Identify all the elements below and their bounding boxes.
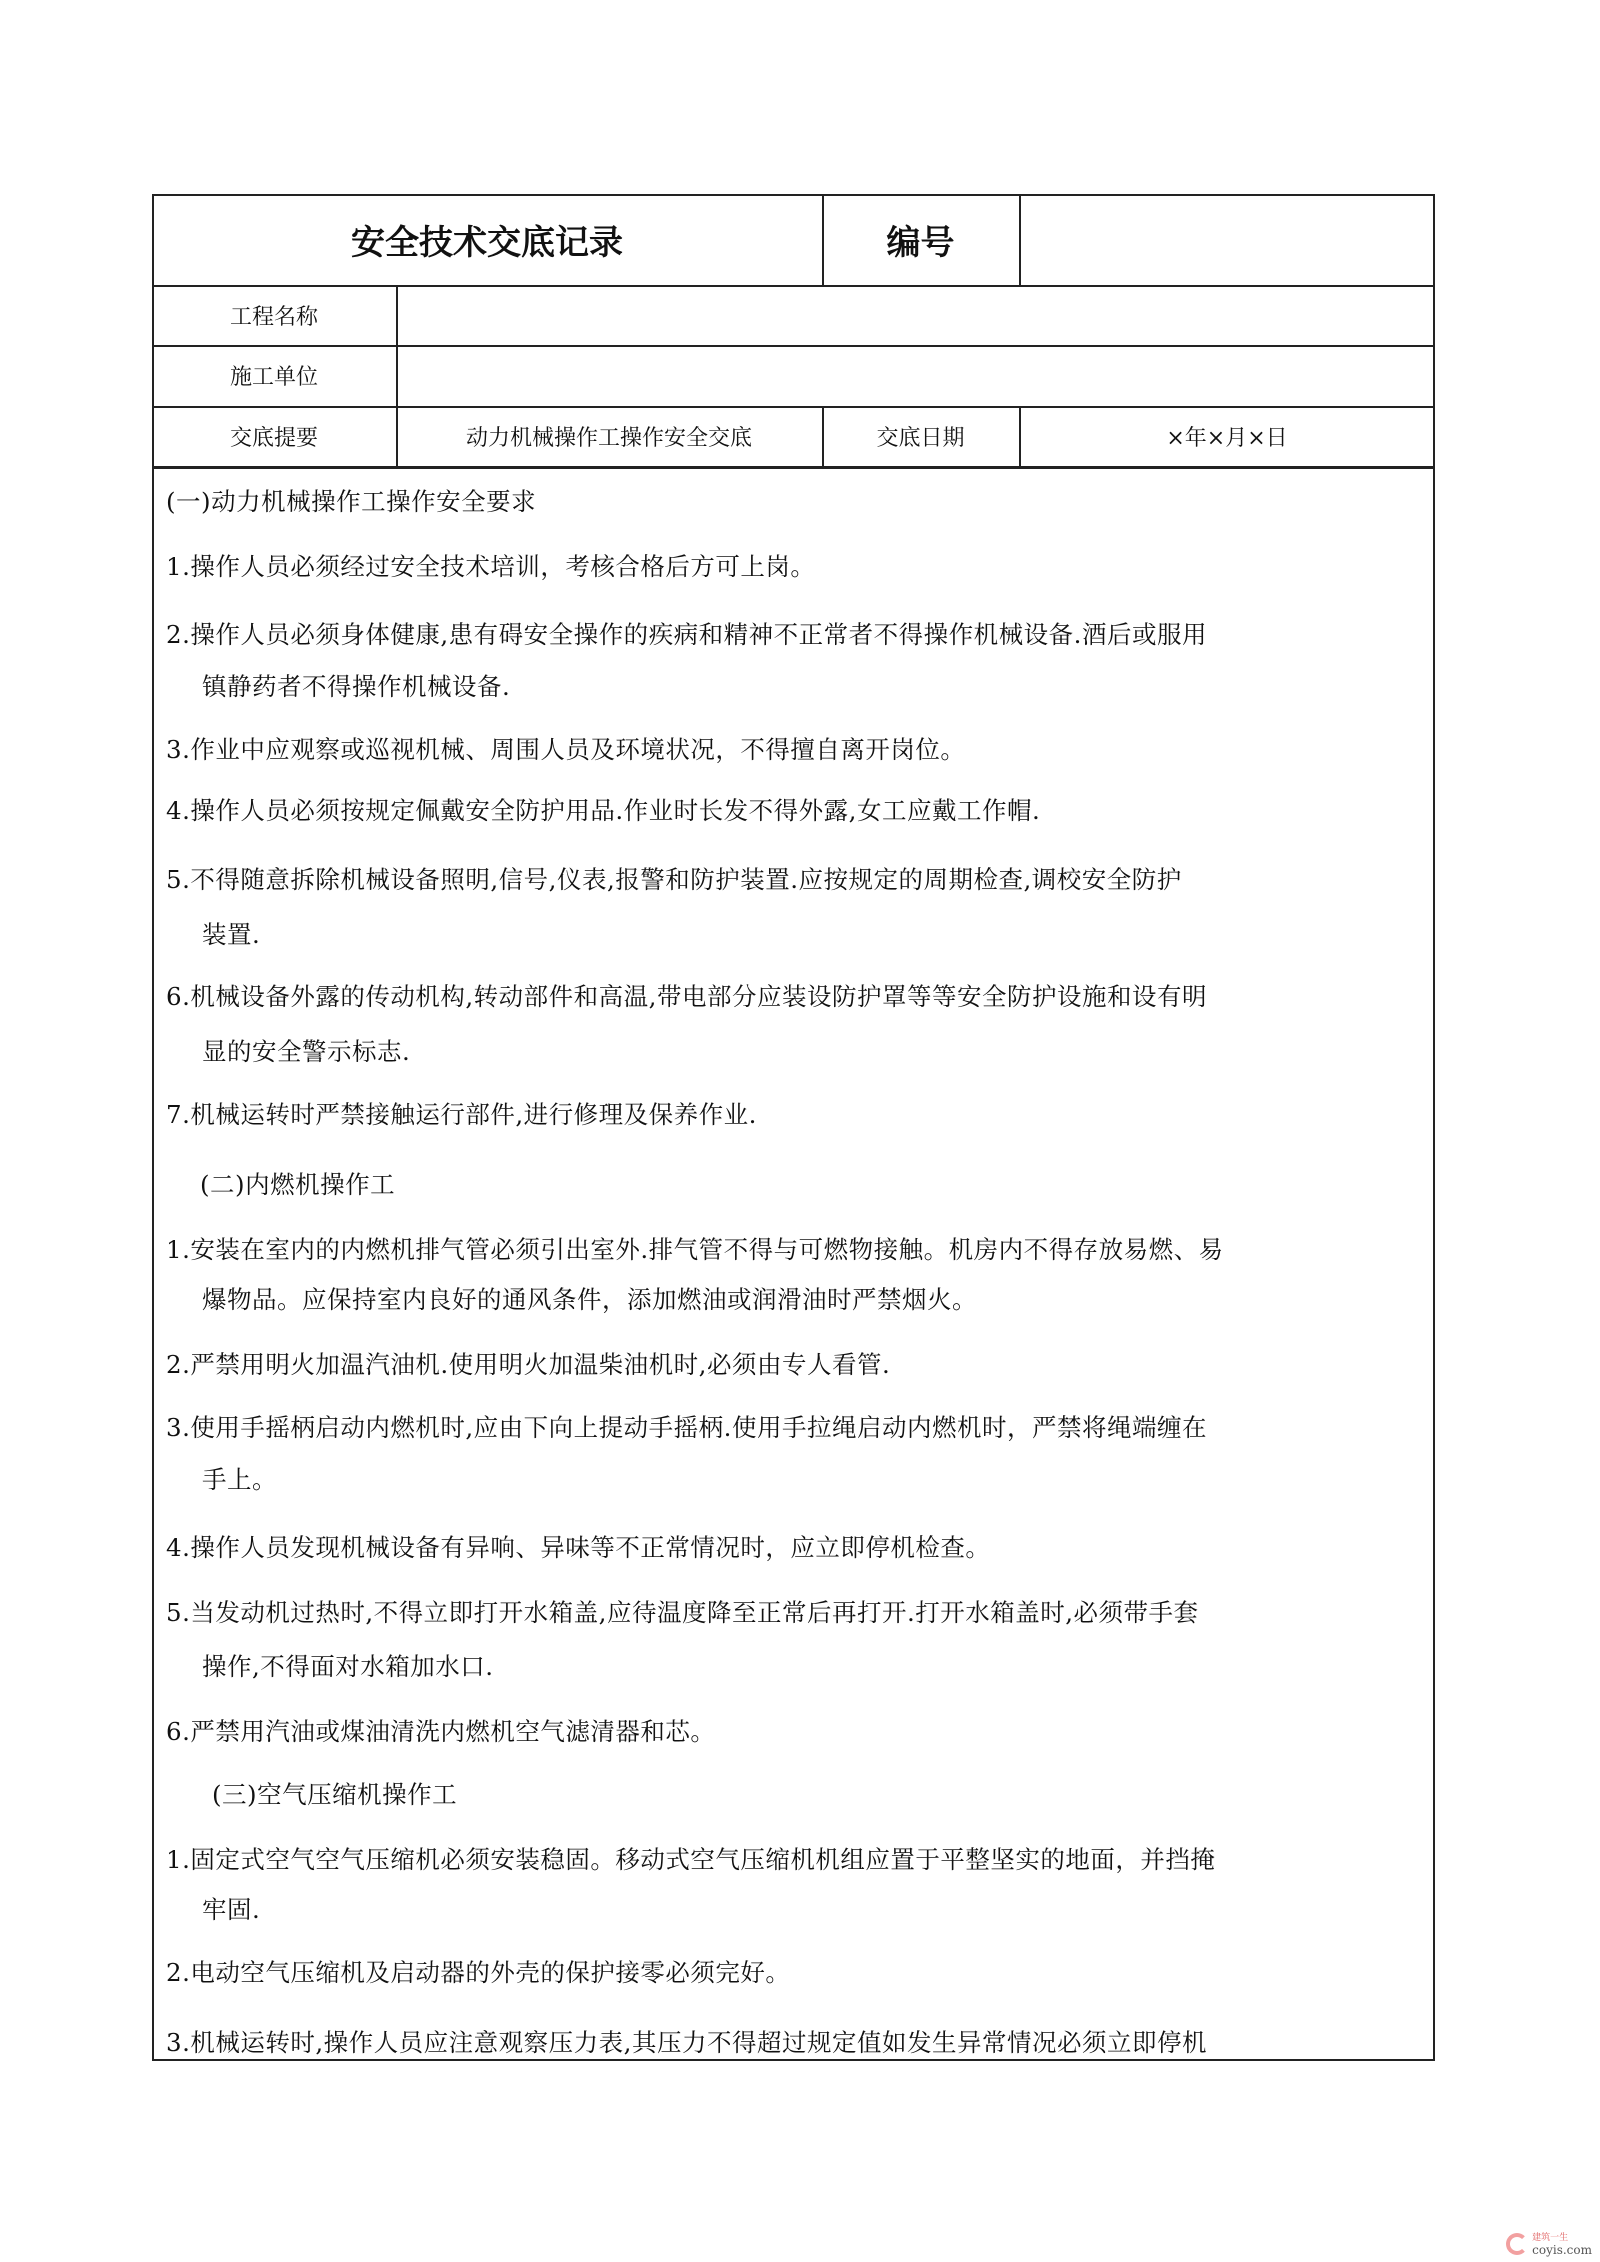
list-item-continuation: 显的安全警示标志. xyxy=(202,1037,410,1067)
list-item: 2.电动空气压缩机及启动器的外壳的保护接零必须完好。 xyxy=(166,1958,790,1988)
date-value: ×年×月×日 xyxy=(1019,406,1435,466)
construction-unit-label: 施工单位 xyxy=(152,345,396,406)
list-item: 3.作业中应观察或巡视机械、周围人员及环境状况，不得擅自离开岗位。 xyxy=(166,735,965,765)
list-item-continuation: 装置. xyxy=(202,920,260,950)
list-item: 3.机械运转时,操作人员应注意观察压力表,其压力不得超过规定值如发生异常情况必须… xyxy=(166,2028,1207,2058)
project-name-field[interactable] xyxy=(396,285,1435,345)
list-item-continuation: 操作,不得面对水箱加水口. xyxy=(202,1652,494,1682)
watermark-logo-icon xyxy=(1506,2233,1528,2255)
list-item: 1.操作人员必须经过安全技术培训，考核合格后方可上岗。 xyxy=(166,552,815,582)
list-item: 5.当发动机过热时,不得立即打开水箱盖,应待温度降至正常后再打开.打开水箱盖时,… xyxy=(166,1598,1199,1628)
section-heading-2: (二)内燃机操作工 xyxy=(200,1170,395,1200)
summary-value: 动力机械操作工操作安全交底 xyxy=(396,406,822,466)
document-title: 安全技术交底记录 xyxy=(152,194,822,285)
list-item-continuation: 牢固. xyxy=(202,1895,260,1925)
date-label: 交底日期 xyxy=(822,406,1019,466)
list-item: 1.安装在室内的内燃机排气管必须引出室外.排气管不得与可燃物接触。机房内不得存放… xyxy=(166,1235,1224,1265)
list-item: 2.操作人员必须身体健康,患有碍安全操作的疾病和精神不正常者不得操作机械设备.酒… xyxy=(166,620,1207,650)
list-item: 5.不得随意拆除机械设备照明,信号,仪表,报警和防护装置.应按规定的周期检查,调… xyxy=(166,865,1182,895)
list-item: 1.固定式空气空气压缩机必须安装稳固。移动式空气压缩机机组应置于平整坚实的地面，… xyxy=(166,1845,1215,1875)
number-field[interactable] xyxy=(1019,194,1435,285)
list-item: 2.严禁用明火加温汽油机.使用明火加温柴油机时,必须由专人看管. xyxy=(166,1350,890,1380)
list-item: 4.操作人员必须按规定佩戴安全防护用品.作业时长发不得外露,女工应戴工作帽. xyxy=(166,796,1040,826)
list-item-continuation: 爆物品。应保持室内良好的通风条件，添加燃油或润滑油时严禁烟火。 xyxy=(202,1285,977,1315)
list-item: 3.使用手摇柄启动内燃机时,应由下向上提动手摇柄.使用手拉绳启动内燃机时，严禁将… xyxy=(166,1413,1207,1443)
list-item: 6.机械设备外露的传动机构,转动部件和高温,带电部分应装设防护罩等等安全防护设施… xyxy=(166,982,1207,1012)
list-item: 7.机械运转时严禁接触运行部件,进行修理及保养作业. xyxy=(166,1100,757,1130)
section-heading-3: (三)空气压缩机操作工 xyxy=(212,1780,457,1810)
number-label: 编号 xyxy=(822,194,1019,285)
project-name-label: 工程名称 xyxy=(152,285,396,345)
list-item: 6.严禁用汽油或煤油清洗内燃机空气滤清器和芯。 xyxy=(166,1717,715,1747)
row-divider xyxy=(152,466,1435,469)
construction-unit-field[interactable] xyxy=(396,345,1435,406)
list-item: 4.操作人员发现机械设备有异响、异味等不正常情况时，应立即停机检查。 xyxy=(166,1533,990,1563)
section-heading-1: (一)动力机械操作工操作安全要求 xyxy=(166,487,536,517)
summary-label: 交底提要 xyxy=(152,406,396,466)
list-item-continuation: 镇静药者不得操作机械设备. xyxy=(202,672,510,702)
list-item-continuation: 手上。 xyxy=(202,1465,277,1495)
watermark-en: coyis.com xyxy=(1532,2244,1592,2256)
watermark: 建筑一生 coyis.com xyxy=(1506,2232,1592,2256)
